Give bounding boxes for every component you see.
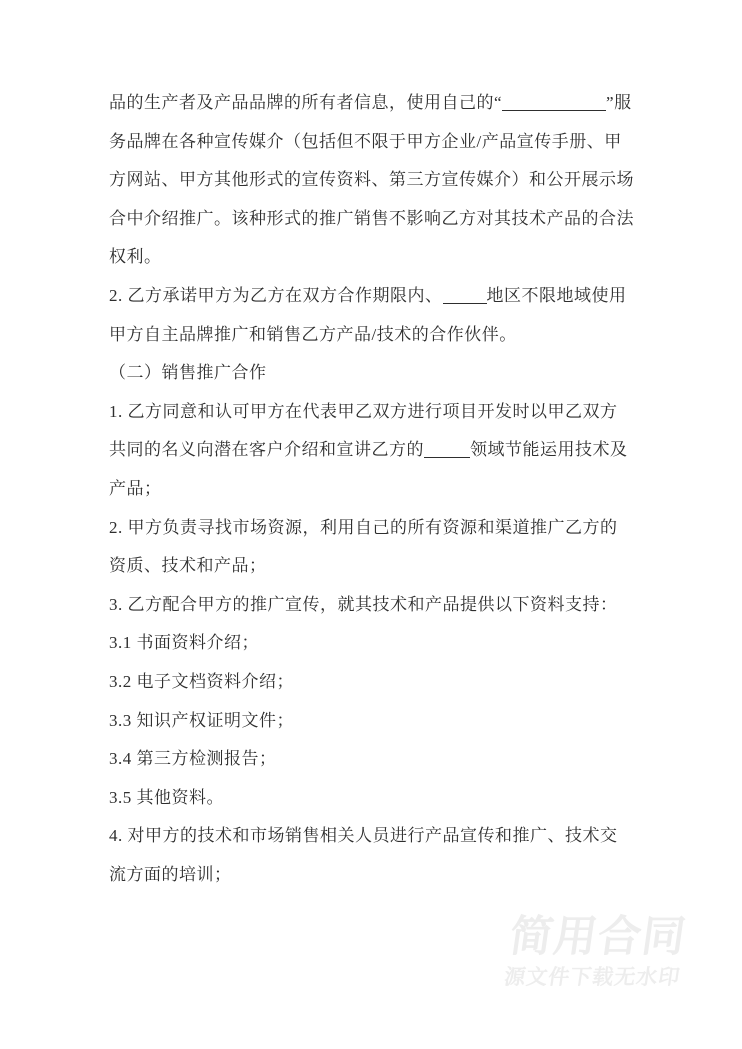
text-run: （二）销售推广合作 <box>109 363 267 382</box>
text-line: 合中介绍推广。该种形式的推广销售不影响乙方对其技术产品的合法 <box>109 200 667 239</box>
text-run: 产品； <box>109 479 162 498</box>
text-run: 甲方自主品牌推广和销售乙方产品/技术的合作伙伴。 <box>109 325 517 344</box>
text-run: 品的生产者及产品品牌的所有者信息，使用自己的“ <box>109 93 502 112</box>
text-line: 3.1 书面资料介绍； <box>109 624 667 663</box>
text-line: 权利。 <box>109 238 667 277</box>
document-page: 品的生产者及产品品牌的所有者信息，使用自己的“”服务品牌在各种宣传媒介（包括但不… <box>0 0 742 1049</box>
text-line: 流方面的培训； <box>109 856 667 895</box>
text-line: 3.2 电子文档资料介绍； <box>109 663 667 702</box>
text-line: 方网站、甲方其他形式的宣传资料、第三方宣传媒介）和公开展示场 <box>109 161 667 200</box>
contract-body: 品的生产者及产品品牌的所有者信息，使用自己的“”服务品牌在各种宣传媒介（包括但不… <box>109 84 667 894</box>
text-run: 2. 乙方承诺甲方为乙方在双方合作期限内、 <box>109 286 443 305</box>
text-line: 甲方自主品牌推广和销售乙方产品/技术的合作伙伴。 <box>109 316 667 355</box>
text-run: 领域节能运用技术及 <box>470 440 628 459</box>
fill-in-blank <box>443 286 487 304</box>
text-line: 品的生产者及产品品牌的所有者信息，使用自己的“”服 <box>109 84 667 123</box>
text-run: ”服 <box>606 93 632 112</box>
text-run: 流方面的培训； <box>109 865 232 884</box>
text-line: 2. 乙方承诺甲方为乙方在双方合作期限内、地区不限地域使用 <box>109 277 667 316</box>
text-run: 2. 甲方负责寻找市场资源，利用自己的所有资源和渠道推广乙方的 <box>109 518 618 537</box>
text-line: 3. 乙方配合甲方的推广宣传，就其技术和产品提供以下资料支持： <box>109 586 667 625</box>
text-line: 3.4 第三方检测报告； <box>109 740 667 779</box>
text-line: 3.5 其他资料。 <box>109 779 667 818</box>
text-run: 1. 乙方同意和认可甲方在代表甲乙双方进行项目开发时以甲乙双方 <box>109 402 618 421</box>
text-line: 1. 乙方同意和认可甲方在代表甲乙双方进行项目开发时以甲乙双方 <box>109 393 667 432</box>
text-line: 2. 甲方负责寻找市场资源，利用自己的所有资源和渠道推广乙方的 <box>109 509 667 548</box>
text-line: 4. 对甲方的技术和市场销售相关人员进行产品宣传和推广、技术交 <box>109 817 667 856</box>
text-run: 3.3 知识产权证明文件； <box>109 711 294 730</box>
text-run: 共同的名义向潜在客户介绍和宣讲乙方的 <box>109 440 424 459</box>
text-run: 3.2 电子文档资料介绍； <box>109 672 294 691</box>
text-line: 共同的名义向潜在客户介绍和宣讲乙方的领域节能运用技术及 <box>109 431 667 470</box>
text-line: 资质、技术和产品； <box>109 547 667 586</box>
text-run: 合中介绍推广。该种形式的推广销售不影响乙方对其技术产品的合法 <box>109 209 634 228</box>
watermark-subtitle: 源文件下载无水印 <box>503 967 682 988</box>
text-line: 产品； <box>109 470 667 509</box>
text-line: （二）销售推广合作 <box>109 354 667 393</box>
fill-in-blank <box>502 93 606 111</box>
text-line: 务品牌在各种宣传媒介（包括但不限于甲方企业/产品宣传手册、甲 <box>109 123 667 162</box>
text-run: 地区不限地域使用 <box>487 286 627 305</box>
text-run: 资质、技术和产品； <box>109 556 267 575</box>
text-run: 3.5 其他资料。 <box>109 788 224 807</box>
text-run: 权利。 <box>109 247 162 266</box>
text-run: 3.4 第三方检测报告； <box>109 749 277 768</box>
text-line: 3.3 知识产权证明文件； <box>109 702 667 741</box>
text-run: 务品牌在各种宣传媒介（包括但不限于甲方企业/产品宣传手册、甲 <box>109 132 622 151</box>
watermark: 简用合同 源文件下载无水印 <box>503 914 689 988</box>
text-run: 3. 乙方配合甲方的推广宣传，就其技术和产品提供以下资料支持： <box>109 595 618 614</box>
text-run: 4. 对甲方的技术和市场销售相关人员进行产品宣传和推广、技术交 <box>109 826 618 845</box>
fill-in-blank <box>424 440 470 458</box>
text-run: 方网站、甲方其他形式的宣传资料、第三方宣传媒介）和公开展示场 <box>109 170 634 189</box>
text-run: 3.1 书面资料介绍； <box>109 633 259 652</box>
watermark-title: 简用合同 <box>507 914 690 961</box>
